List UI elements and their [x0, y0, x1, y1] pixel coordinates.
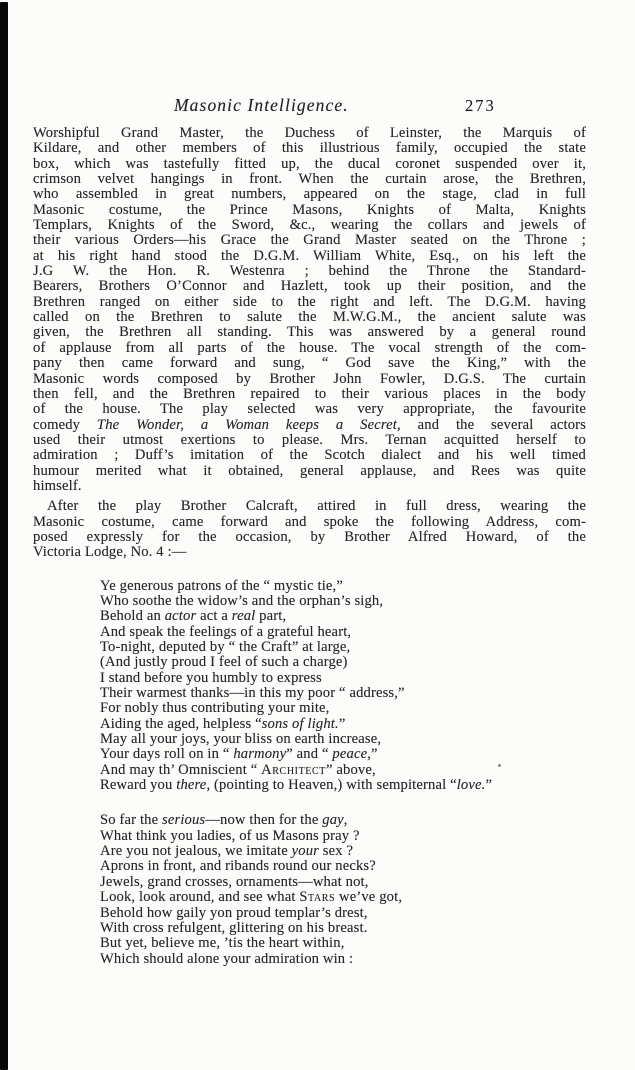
text-segment: of applause from all parts of the house.… [33, 341, 586, 356]
text-segment: admiration ; Duff’s imitation of the Sco… [33, 448, 586, 463]
text-segment: comedy [33, 418, 97, 433]
text-line: Look, look around, and see what Stars we… [100, 890, 586, 905]
text-line: Jewels, grand crosses, ornaments—what no… [100, 875, 586, 890]
text-line: Aprons in front, and ribands round our n… [100, 859, 586, 874]
text-line: of applause from all parts of the house.… [33, 341, 586, 356]
text-line: With cross refulgent, glittering on his … [100, 921, 586, 936]
text-line: then fell, and the Brethren repaired to … [33, 387, 586, 402]
text-segment: Which should alone your admiration win : [100, 952, 353, 967]
text-segment: Templars, Knights of the Sword, &c., wea… [33, 218, 586, 233]
text-segment: Victoria Lodge, No. 4 :— [33, 545, 187, 560]
text-line: himself. [33, 479, 586, 494]
text-segment: , (pointing to Heaven,) with sempiternal… [206, 778, 456, 793]
text-segment: Brethren ranged on either side to the ri… [33, 295, 586, 310]
text-segment: ” [339, 717, 346, 732]
text-segment: , [344, 813, 348, 828]
text-segment: Masonic costume, the Prince Masons, Knig… [33, 203, 586, 218]
text-segment: Ye generous patrons of the “ mystic tie,… [100, 579, 343, 594]
running-header: Masonic Intelligence. 273 [33, 95, 586, 117]
text-line: And may th’ Omniscient “ Architect” abov… [100, 763, 586, 778]
text-line: of the house. The play selected was very… [33, 402, 586, 417]
text-segment: Jewels, grand crosses, ornaments—what no… [100, 875, 369, 890]
text-segment: Their warmest thanks—in this my poor “ a… [100, 686, 405, 701]
text-line: given, the Brethren all standing. This w… [33, 325, 586, 340]
text-line: But yet, believe me, ’tis the heart with… [100, 936, 586, 951]
text-line: I stand before you humbly to express [100, 671, 586, 686]
text-segment: For nobly thus contributing your mite, [100, 701, 329, 716]
emphasis-segment: Architect [261, 763, 326, 778]
address-stanza-1: Ye generous patrons of the “ mystic tie,… [33, 579, 586, 794]
emphasis-segment: your [292, 844, 319, 859]
text-segment: So far the [100, 813, 162, 828]
text-line: Brethren ranged on either side to the ri… [33, 295, 586, 310]
emphasis-segment: peace, [332, 747, 371, 762]
text-line: Victoria Lodge, No. 4 :— [33, 545, 586, 560]
text-segment: given, the Brethren all standing. This w… [33, 325, 586, 340]
text-line: Ye generous patrons of the “ mystic tie,… [100, 579, 586, 594]
text-segment: humour merited what it obtained, general… [33, 464, 586, 479]
text-segment: , and the several actors [397, 418, 586, 433]
text-line: at his right hand stood the D.G.M. Willi… [33, 249, 586, 264]
text-segment: May all your joys, your bliss on earth i… [100, 732, 381, 747]
text-segment: Aiding the aged, helpless “ [100, 717, 262, 732]
text-line: After the play Brother Calcraft, attired… [33, 499, 586, 514]
text-segment: used their utmost exertions to please. M… [33, 433, 586, 448]
text-line: Masonic costume, the Prince Masons, Knig… [33, 203, 586, 218]
text-segment: box, which was tastefully fitted up, the… [33, 157, 586, 172]
emphasis-segment: The Wonder, a Woman keeps a Secret [97, 418, 397, 433]
text-line: Aiding the aged, helpless “sons of light… [100, 717, 586, 732]
emphasis-segment: harmony [233, 747, 286, 762]
text-segment: we’ve got, [335, 890, 402, 905]
text-line: Kildare, and other members of this illus… [33, 141, 586, 156]
text-segment: ” [371, 747, 378, 762]
text-segment: —now then for the [205, 813, 322, 828]
text-line: May all your joys, your bliss on earth i… [100, 732, 586, 747]
text-segment: I stand before you humbly to express [100, 671, 322, 686]
emphasis-segment: gay [322, 813, 344, 828]
emphasis-segment: there [176, 778, 206, 793]
text-line: Are you not jealous, we imitate your sex… [100, 844, 586, 859]
text-segment: Behold an [100, 609, 165, 624]
text-line: And speak the feelings of a grateful hea… [100, 625, 586, 640]
address-stanza-2: So far the serious—now then for the gay,… [33, 813, 586, 966]
text-line: humour merited what it obtained, general… [33, 464, 586, 479]
text-line: Bearers, Brothers O’Connor and Hazlett, … [33, 279, 586, 294]
text-segment: their various Orders—his Grace the Grand… [33, 233, 586, 248]
text-line: box, which was tastefully fitted up, the… [33, 157, 586, 172]
text-segment: act a [196, 609, 231, 624]
text-segment: at his right hand stood the D.G.M. Willi… [33, 249, 586, 264]
text-segment: Are you not jealous, we imitate [100, 844, 292, 859]
text-segment: Masonic words composed by Brother John F… [33, 372, 586, 387]
text-segment: himself. [33, 479, 82, 494]
text-line: called on the Brethren to salute the M.W… [33, 310, 586, 325]
text-line: Which should alone your admiration win : [100, 952, 586, 967]
text-segment: ” [485, 778, 492, 793]
text-segment: Look, look around, and see what [100, 890, 299, 905]
text-line: Masonic costume, came forward and spoke … [33, 515, 586, 530]
ink-speck-artifact [498, 764, 501, 767]
paragraph-1: Worshipful Grand Master, the Duchess of … [33, 126, 586, 494]
text-segment: Masonic costume, came forward and spoke … [33, 515, 586, 530]
text-line: Your days roll on in “ harmony” and “ pe… [100, 747, 586, 762]
emphasis-segment: serious [162, 813, 205, 828]
text-segment: called on the Brethren to salute the M.W… [33, 310, 586, 325]
text-segment: sex ? [319, 844, 353, 859]
text-segment: Bearers, Brothers O’Connor and Hazlett, … [33, 279, 586, 294]
scan-gutter-bar [0, 2, 8, 1070]
text-line: used their utmost exertions to please. M… [33, 433, 586, 448]
text-segment: Behold how gaily yon proud templar’s dre… [100, 906, 368, 921]
text-segment: Who soothe the widow’s and the orphan’s … [100, 594, 383, 609]
text-line: To-night, deputed by “ the Craft” at lar… [100, 640, 586, 655]
text-line: their various Orders—his Grace the Grand… [33, 233, 586, 248]
text-line: who assembled in great numbers, appeared… [33, 187, 586, 202]
text-line: What think you ladies, of us Masons pray… [100, 829, 586, 844]
text-line: Reward you there, (pointing to Heaven,) … [100, 778, 586, 793]
text-segment: With cross refulgent, glittering on his … [100, 921, 367, 936]
text-segment: Kildare, and other members of this illus… [33, 141, 586, 156]
text-line: comedy The Wonder, a Woman keeps a Secre… [33, 418, 586, 433]
text-segment: who assembled in great numbers, appeared… [33, 187, 586, 202]
text-line: posed expressly for the occasion, by Bro… [33, 530, 586, 545]
text-segment: posed expressly for the occasion, by Bro… [33, 530, 586, 545]
emphasis-segment: love. [457, 778, 486, 793]
text-segment: part, [255, 609, 286, 624]
text-line: Behold how gaily yon proud templar’s dre… [100, 906, 586, 921]
text-line: Behold an actor act a real part, [100, 609, 586, 624]
text-line: Worshipful Grand Master, the Duchess of … [33, 126, 586, 141]
emphasis-segment: Stars [299, 890, 335, 905]
page-number: 273 [465, 96, 496, 116]
text-segment: of the house. The play selected was very… [33, 402, 586, 417]
text-segment: What think you ladies, of us Masons pray… [100, 829, 360, 844]
text-segment: ” and “ [286, 747, 332, 762]
emphasis-segment: real [232, 609, 256, 624]
text-segment: J.G W. the Hon. R. Westenra ; behind the… [33, 264, 586, 279]
text-line: Their warmest thanks—in this my poor “ a… [100, 686, 586, 701]
scanned-document-page: Masonic Intelligence. 273 Worshipful Gra… [0, 0, 635, 1070]
text-line: (And justly proud I feel of such a charg… [100, 655, 586, 670]
text-segment: And may th’ Omniscient “ [100, 763, 261, 778]
text-segment: To-night, deputed by “ the Craft” at lar… [100, 640, 350, 655]
text-line: admiration ; Duff’s imitation of the Sco… [33, 448, 586, 463]
text-segment: (And justly proud I feel of such a charg… [100, 655, 348, 670]
text-line: For nobly thus contributing your mite, [100, 701, 586, 716]
emphasis-segment: sons of light. [262, 717, 339, 732]
text-segment: After the play Brother Calcraft, attired… [47, 499, 586, 514]
text-line: pany then came forward and sung, “ God s… [33, 356, 586, 371]
text-segment: And speak the feelings of a grateful hea… [100, 625, 351, 640]
text-line: crimson velvet hangings in front. When t… [33, 172, 586, 187]
text-line: Templars, Knights of the Sword, &c., wea… [33, 218, 586, 233]
text-segment: Reward you [100, 778, 176, 793]
text-line: So far the serious—now then for the gay, [100, 813, 586, 828]
text-segment: then fell, and the Brethren repaired to … [33, 387, 586, 402]
emphasis-segment: actor [165, 609, 197, 624]
paragraph-2: After the play Brother Calcraft, attired… [33, 499, 586, 560]
text-segment: Worshipful Grand Master, the Duchess of … [33, 126, 586, 141]
text-segment: crimson velvet hangings in front. When t… [33, 172, 586, 187]
page-body-text: Worshipful Grand Master, the Duchess of … [33, 126, 586, 967]
text-segment: ” above, [326, 763, 376, 778]
text-line: Who soothe the widow’s and the orphan’s … [100, 594, 586, 609]
text-segment: Aprons in front, and ribands round our n… [100, 859, 376, 874]
text-segment: Your days roll on in “ [100, 747, 233, 762]
text-segment: But yet, believe me, ’tis the heart with… [100, 936, 345, 951]
text-segment: pany then came forward and sung, “ God s… [33, 356, 586, 371]
text-line: Masonic words composed by Brother John F… [33, 372, 586, 387]
text-line: J.G W. the Hon. R. Westenra ; behind the… [33, 264, 586, 279]
page-title: Masonic Intelligence. [174, 95, 349, 116]
